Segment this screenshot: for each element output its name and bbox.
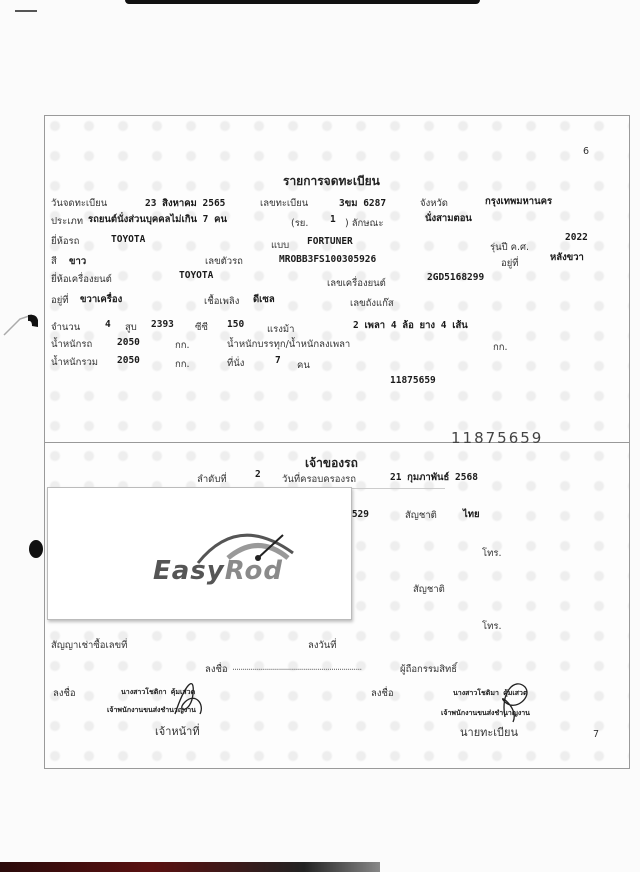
brand-part-2: Rod xyxy=(225,556,283,586)
label-reg-date: วันจดทะเบียน xyxy=(51,196,107,211)
label-color: สี xyxy=(51,254,57,269)
model-value: FORTUNER xyxy=(307,236,353,247)
nationality-value: ไทย xyxy=(463,507,480,522)
plate-value: 3ขม 6287 xyxy=(339,196,386,211)
label-load-weight: น้ำหนักบรรทุก/น้ำหนักลงเพลา xyxy=(227,337,350,352)
label-sign-left: ลงชื่อ xyxy=(53,686,76,701)
label-plate: เลขทะเบียน xyxy=(260,196,308,211)
label-gas-tank: เลขถังแก๊ส xyxy=(350,296,394,311)
cylinders-value: 4 xyxy=(105,319,111,330)
label-kg-1: กก. xyxy=(175,338,190,353)
style-value: นั่งสามตอน xyxy=(425,211,472,226)
label-kg-3: กก. xyxy=(175,357,190,372)
paper-clip xyxy=(2,305,38,345)
label-gross-weight: น้ำหนักรวม xyxy=(51,355,98,370)
label-nationality: สัญชาติ xyxy=(405,508,437,523)
signer-left-role: เจ้าหน้าที่ xyxy=(155,722,200,740)
brand-value: TOYOTA xyxy=(111,234,145,245)
label-cylinders: จำนวน xyxy=(51,320,80,335)
ry-value: 1 xyxy=(330,214,336,225)
label-contract-date: ลงวันที่ xyxy=(308,638,337,653)
label-seats: ที่นั่ง xyxy=(227,356,244,371)
type-value: รถยนต์นั่งส่วนบุคคลไม่เกิน 7 คน xyxy=(88,212,227,227)
serial-number-cut: 11875659 xyxy=(451,429,543,447)
hp-value: 150 xyxy=(227,319,244,330)
model-year-value: 2022 xyxy=(565,232,588,243)
brand-part-1: Easy xyxy=(153,556,225,586)
label-province: จังหวัด xyxy=(420,196,448,211)
order-value: 2 xyxy=(255,469,261,480)
label-model: แบบ xyxy=(271,238,289,253)
label-ry: (รย. xyxy=(291,216,308,231)
label-hire-purchase-no: สัญญาเช่าซื้อเลขที่ xyxy=(51,638,127,653)
serial-number: 11875659 xyxy=(390,375,436,386)
signature-right xyxy=(485,672,535,727)
label-brand: ยี่ห้อรถ xyxy=(51,234,79,249)
province-value: กรุงเทพมหานคร xyxy=(485,194,552,209)
label-phone: โทร. xyxy=(482,546,502,561)
label-sign-right: ลงชื่อ xyxy=(371,686,394,701)
chassis-location-value: หลังขวา xyxy=(550,250,584,265)
sign-dots: ........................................… xyxy=(232,662,361,673)
label-engine-no: เลขเครื่องยนต์ xyxy=(327,276,386,291)
label-cc: ซีซี xyxy=(195,320,208,335)
label-order: ลำดับที่ xyxy=(197,472,227,487)
engine-brand-value: TOYOTA xyxy=(179,270,213,281)
cc-value: 2393 xyxy=(151,319,174,330)
scan-edge-top xyxy=(125,0,480,4)
label-cc-unit: สูบ xyxy=(125,320,137,335)
fuel-value: ดีเซล xyxy=(253,292,275,307)
watermark-card: EasyRod xyxy=(47,487,352,620)
owner-heading: เจ้าของรถ xyxy=(305,454,358,473)
label-phone-2: โทร. xyxy=(482,619,502,634)
chassis-value: MROBB3FS100305926 xyxy=(279,254,376,265)
possession-date-value: 21 กุมภาพันธ์ 2568 xyxy=(390,470,478,485)
label-style: ) ลักษณะ xyxy=(345,216,383,231)
page-number-bottom: 7 xyxy=(593,729,599,740)
label-chassis: เลขตัวรถ xyxy=(205,254,243,269)
engine-location-value: ขวาเครื่อง xyxy=(80,292,122,307)
brand-logo: EasyRod xyxy=(153,556,283,586)
label-chassis-location: อยู่ที่ xyxy=(501,256,519,271)
label-vehicle-weight: น้ำหนักรถ xyxy=(51,337,92,352)
scan-edge-bottom xyxy=(0,862,380,872)
label-hp: แรงม้า xyxy=(267,322,294,337)
axles-wheels-value: 2 เพลา 4 ล้อ ยาง 4 เส้น xyxy=(353,318,468,333)
label-nationality-2: สัญชาติ xyxy=(413,582,445,597)
gross-weight-value: 2050 xyxy=(117,355,140,366)
label-model-year: รุ่นปี ค.ศ. xyxy=(490,240,529,255)
label-fuel: เชื้อเพลิง xyxy=(204,294,239,309)
label-kg-2: กก. xyxy=(493,340,508,355)
binder-hole xyxy=(29,540,43,558)
registration-heading: รายการจดทะเบียน xyxy=(283,172,380,191)
label-possession-date: วันที่ครอบครองรถ xyxy=(282,472,356,487)
label-engine-brand: ยี่ห้อเครื่องยนต์ xyxy=(51,272,112,287)
engine-no-value: 2GD5168299 xyxy=(427,272,484,283)
label-owner-right: ผู้ถือกรรมสิทธิ์ xyxy=(400,662,457,677)
page-number-top: 6 xyxy=(583,146,589,157)
registration-page: 6 รายการจดทะเบียน วันจดทะเบียน 23 สิงหาค… xyxy=(44,115,630,769)
scan-mark xyxy=(15,10,37,12)
label-type: ประเภท xyxy=(51,214,83,229)
reg-date-value: 23 สิงหาคม 2565 xyxy=(145,196,225,211)
seats-value: 7 xyxy=(275,355,281,366)
label-persons: คน xyxy=(297,358,310,373)
vehicle-weight-value: 2050 xyxy=(117,337,140,348)
color-value: ขาว xyxy=(69,254,86,269)
label-engine-location: อยู่ที่ xyxy=(51,293,69,308)
signature-left xyxy=(165,674,215,724)
